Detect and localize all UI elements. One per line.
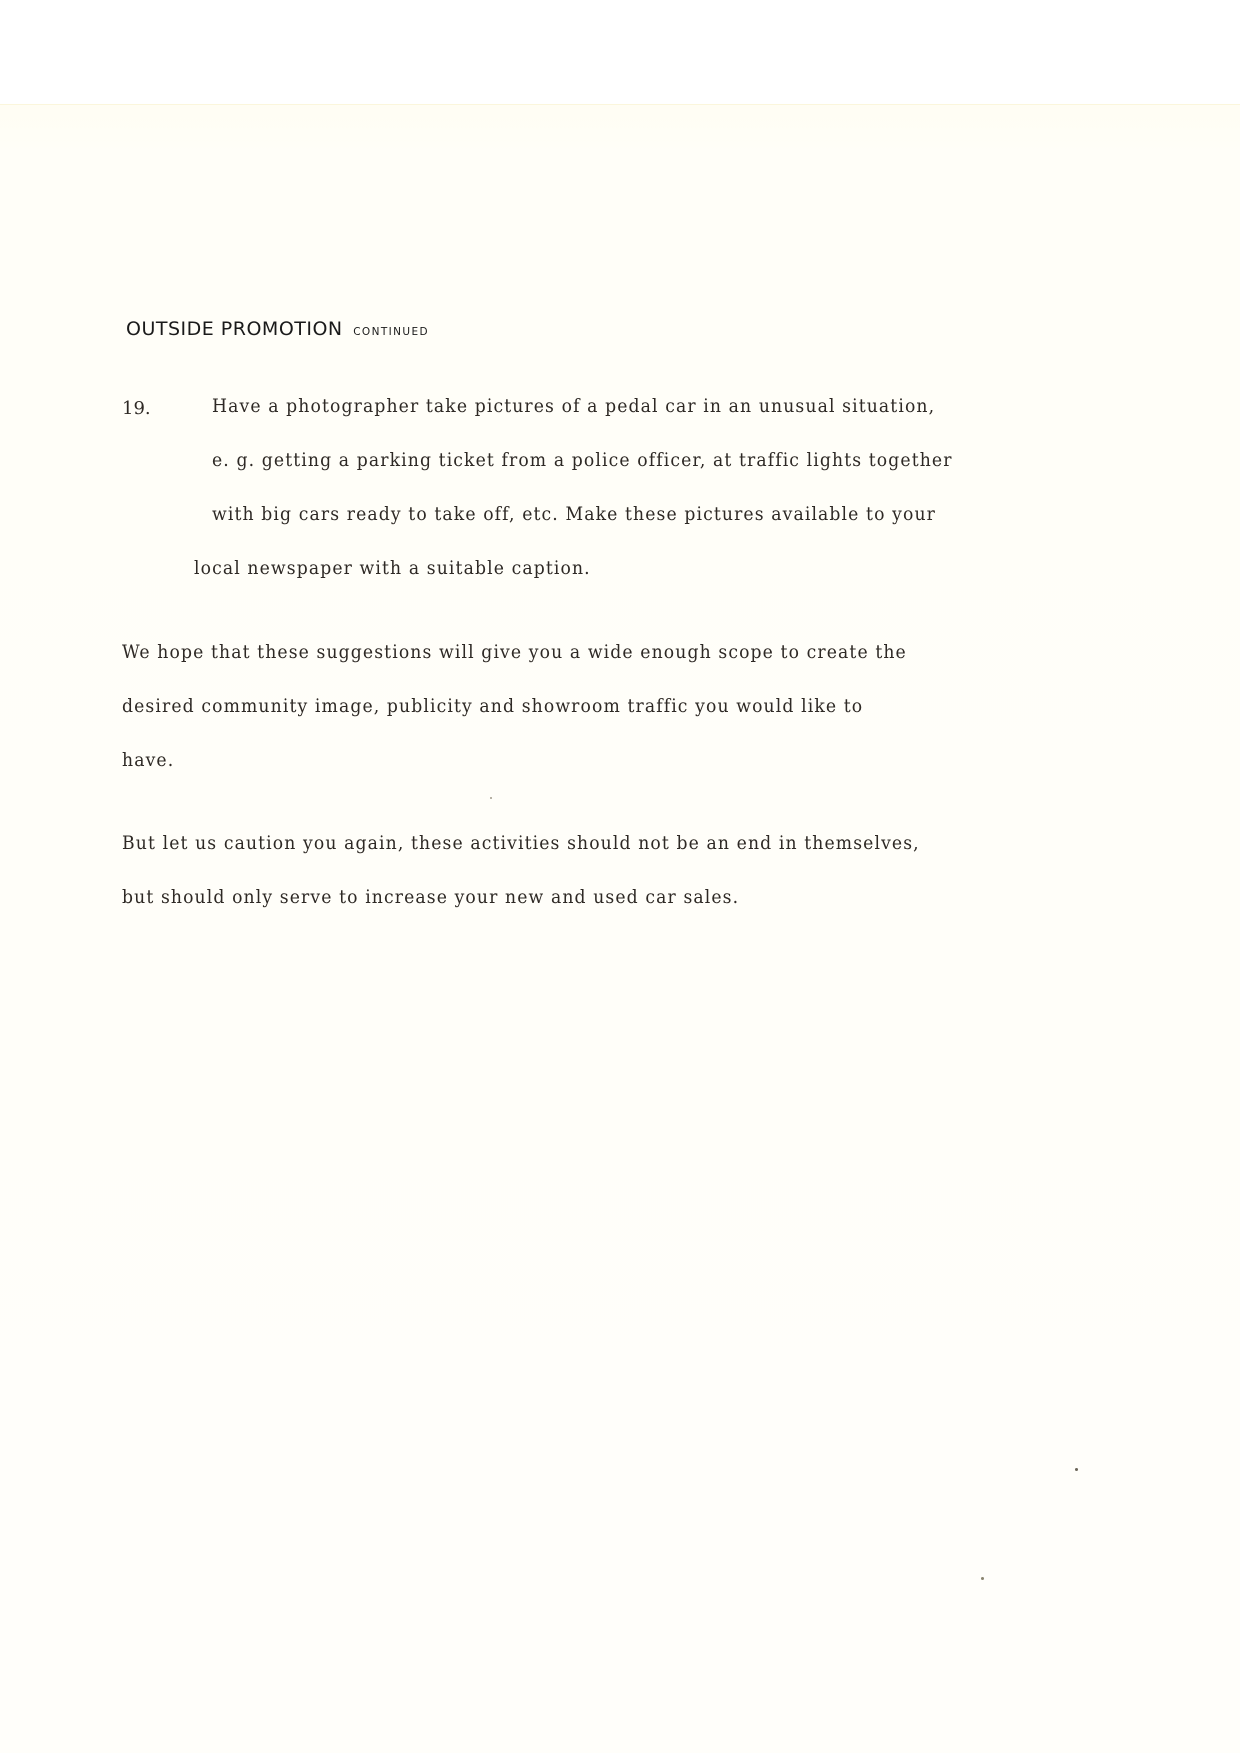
item-line-2: e. g. getting a parking ticket from a po… [212,450,953,471]
item-line-4: local newspaper with a suitable caption. [194,558,591,579]
paragraph-2-line-1: But let us caution you again, these acti… [122,833,920,854]
section-heading: OUTSIDE PROMOTION continued [126,318,429,340]
item-number: 19. [122,398,151,419]
heading-subtitle: continued [353,326,429,338]
paper-page [0,104,1240,1753]
item-line-3: with big cars ready to take off, etc. Ma… [212,504,936,525]
paragraph-2-line-2: but should only serve to increase your n… [122,887,739,908]
paragraph-1-line-3: have. [122,750,174,771]
scan-speck [1075,1468,1078,1471]
item-line-1: Have a photographer take pictures of a p… [212,396,935,417]
paragraph-1-line-2: desired community image, publicity and s… [122,696,863,717]
paragraph-1-line-1: We hope that these suggestions will give… [122,642,907,663]
heading-title: OUTSIDE PROMOTION [126,318,343,340]
scan-speck [490,797,492,799]
scan-speck [981,1577,984,1580]
